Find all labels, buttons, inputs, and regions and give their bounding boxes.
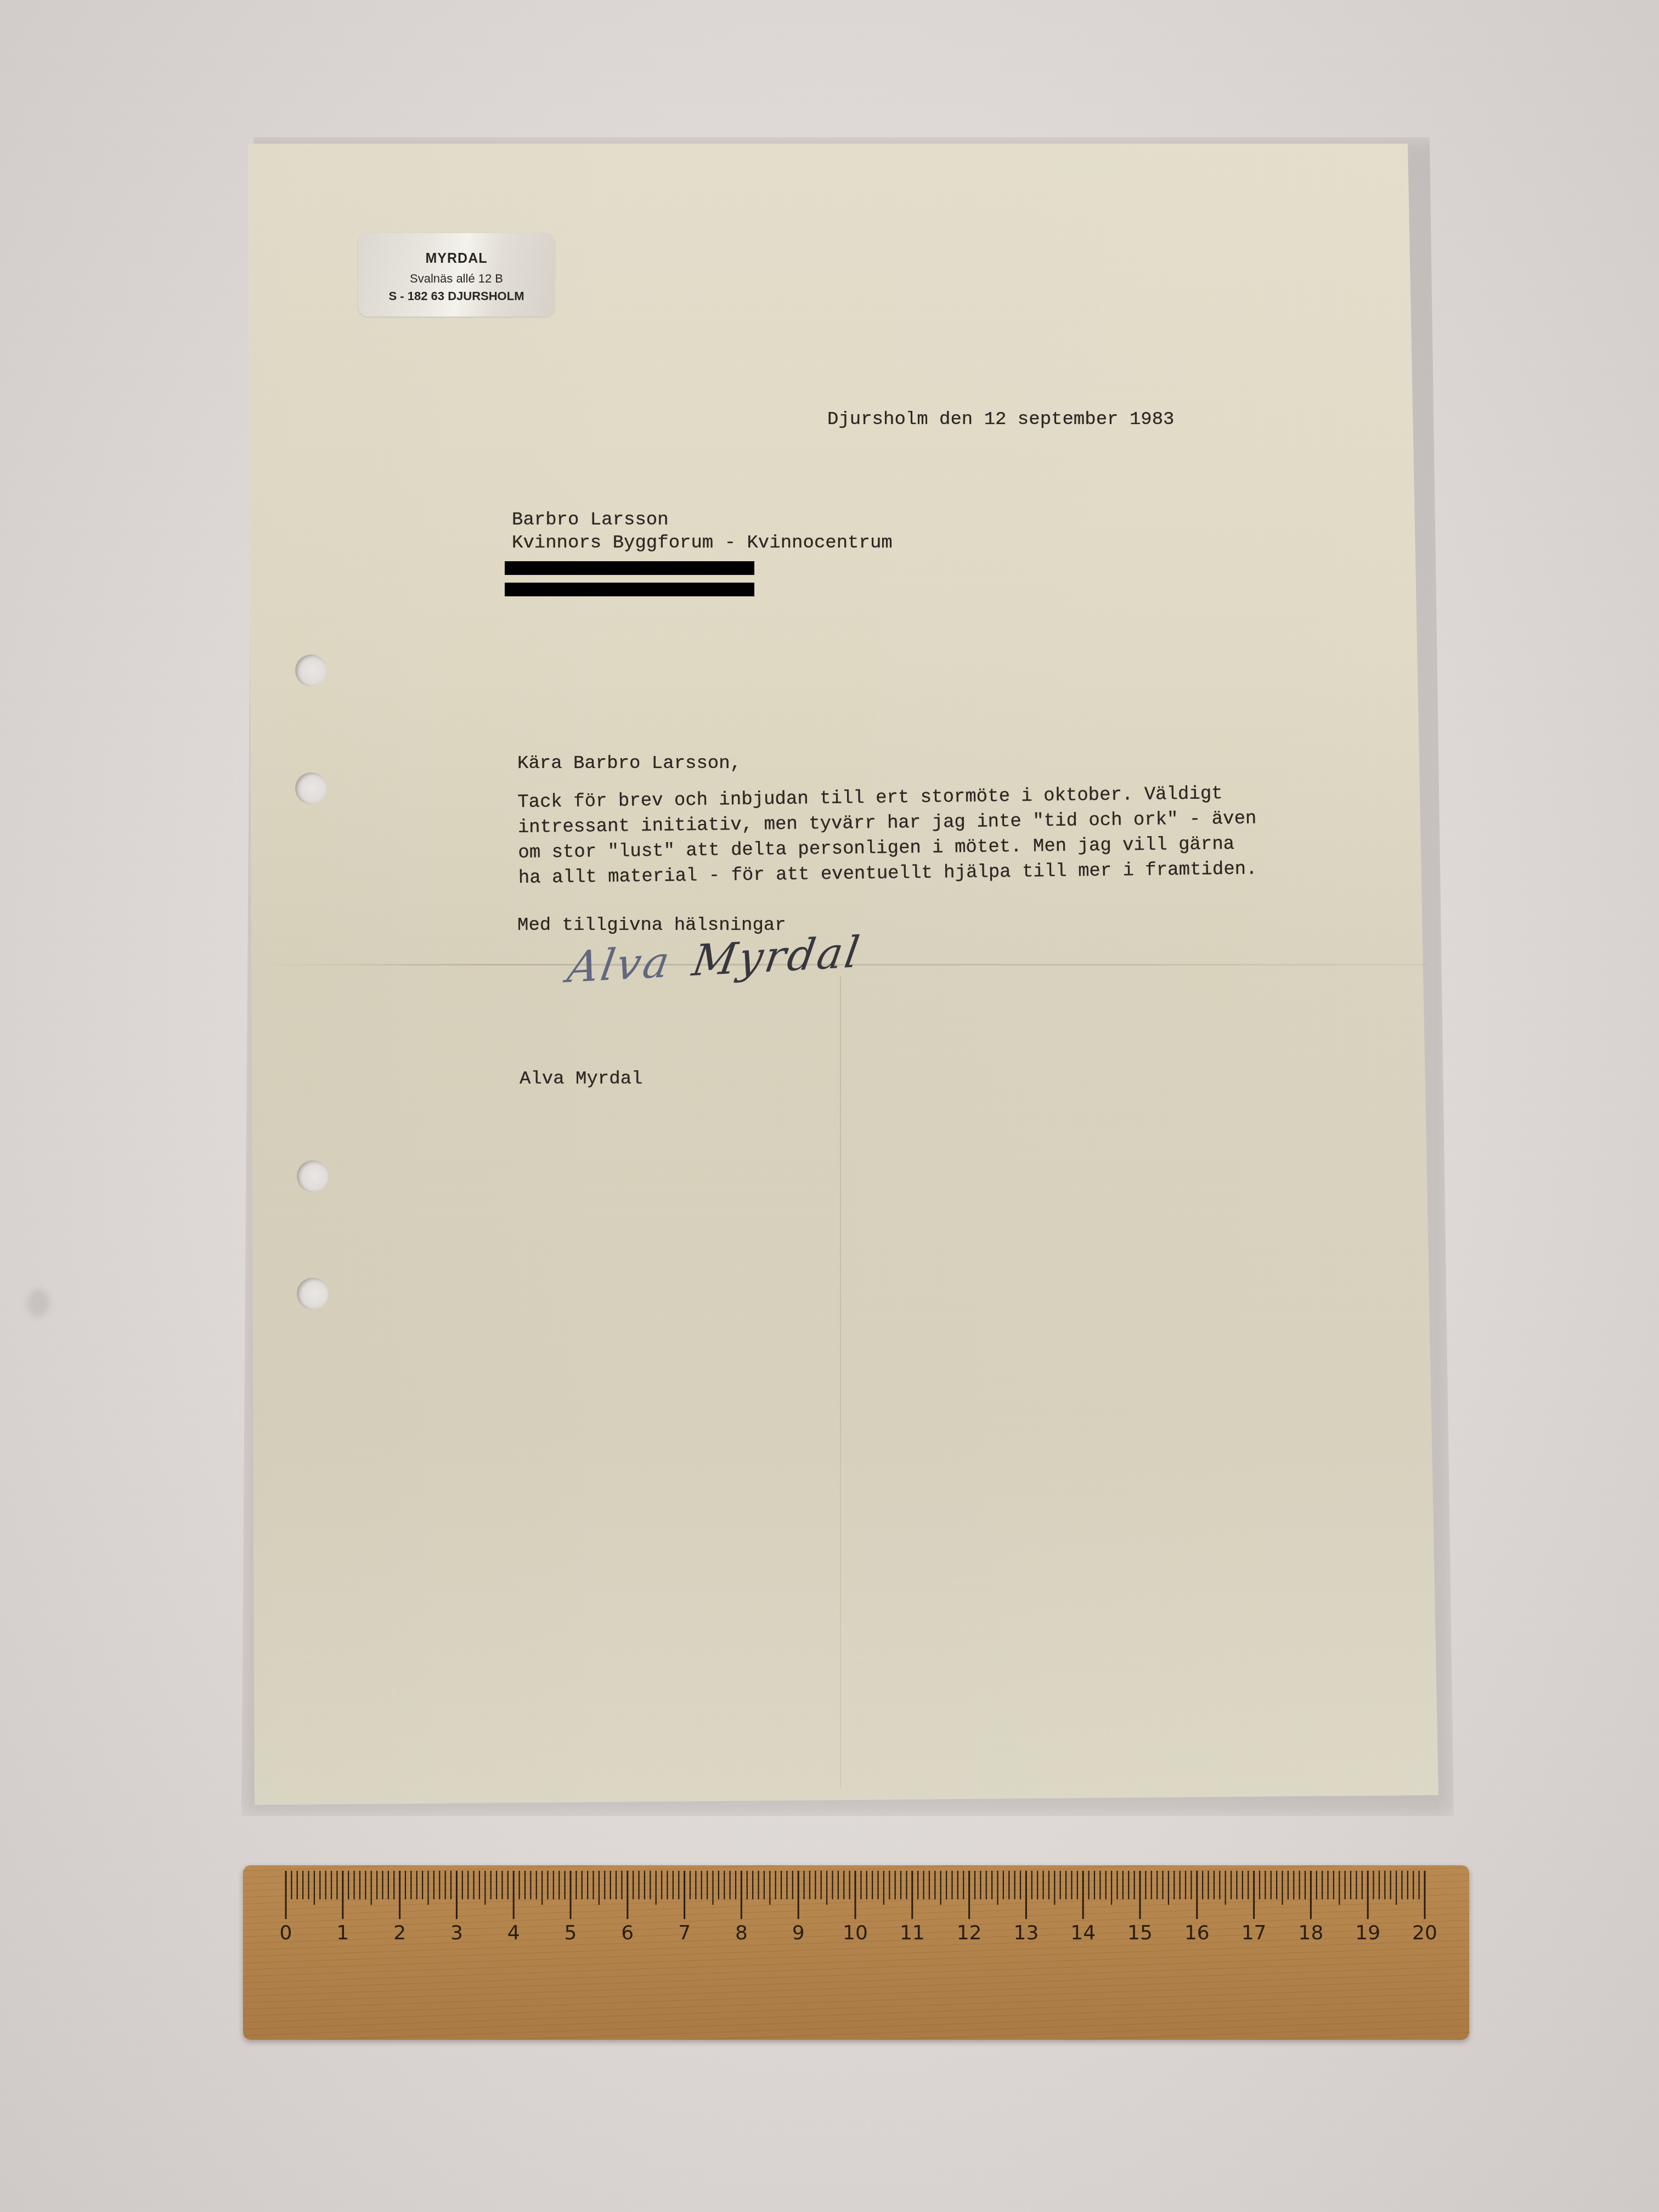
salutation: Kära Barbro Larsson, [517, 752, 741, 775]
sticker-street: Svalnäs allé 12 B [358, 272, 555, 286]
letter-body: Tack för brev och inbjudan till ert stor… [517, 781, 1257, 891]
svg-text:5: 5 [565, 1922, 577, 1944]
punch-hole [295, 654, 327, 686]
typed-signature: Alva Myrdal [520, 1068, 642, 1091]
svg-text:10: 10 [843, 1922, 868, 1944]
ruler-scale: 01234567891011121314151617181920 [243, 1865, 1469, 2040]
svg-text:3: 3 [450, 1922, 463, 1944]
svg-text:18: 18 [1298, 1922, 1323, 1944]
svg-text:20: 20 [1412, 1922, 1437, 1944]
svg-text:9: 9 [792, 1922, 805, 1944]
svg-text:1: 1 [336, 1922, 349, 1944]
address-sticker: MYRDAL Svalnäs allé 12 B S - 182 63 DJUR… [358, 233, 555, 317]
svg-text:0: 0 [280, 1922, 292, 1944]
svg-text:15: 15 [1127, 1922, 1153, 1944]
recipient-name: Barbro Larsson [512, 509, 893, 532]
punch-hole [297, 1160, 329, 1192]
svg-text:2: 2 [393, 1922, 406, 1944]
svg-text:6: 6 [621, 1922, 634, 1944]
sticker-city: S - 182 63 DJURSHOLM [358, 289, 555, 303]
sticker-name: MYRDAL [358, 251, 555, 267]
svg-text:4: 4 [507, 1922, 520, 1944]
signature-first-name: Alva [564, 938, 675, 993]
svg-text:8: 8 [735, 1922, 748, 1944]
svg-text:17: 17 [1242, 1922, 1267, 1944]
svg-text:12: 12 [957, 1922, 982, 1944]
redaction-bar [505, 561, 754, 575]
vertical-fold-crease [840, 977, 841, 1788]
punch-hole [295, 772, 327, 804]
svg-text:14: 14 [1070, 1922, 1096, 1944]
svg-text:13: 13 [1013, 1922, 1039, 1944]
svg-text:7: 7 [678, 1922, 691, 1944]
signature-last-name: Myrdal [689, 928, 865, 986]
svg-text:19: 19 [1355, 1922, 1380, 1944]
recipient-block: Barbro LarssonKvinnors Byggforum - Kvinn… [512, 509, 893, 555]
measuring-ruler: 01234567891011121314151617181920 [243, 1865, 1469, 2040]
date-line: Djursholm den 12 september 1983 [827, 408, 1175, 431]
wall-smudge [27, 1289, 49, 1317]
punch-hole [297, 1278, 329, 1310]
svg-text:11: 11 [900, 1922, 925, 1944]
redaction-bar [505, 583, 754, 596]
recipient-organization: Kvinnors Byggforum - Kvinnocentrum [512, 532, 893, 555]
svg-text:16: 16 [1184, 1922, 1210, 1944]
